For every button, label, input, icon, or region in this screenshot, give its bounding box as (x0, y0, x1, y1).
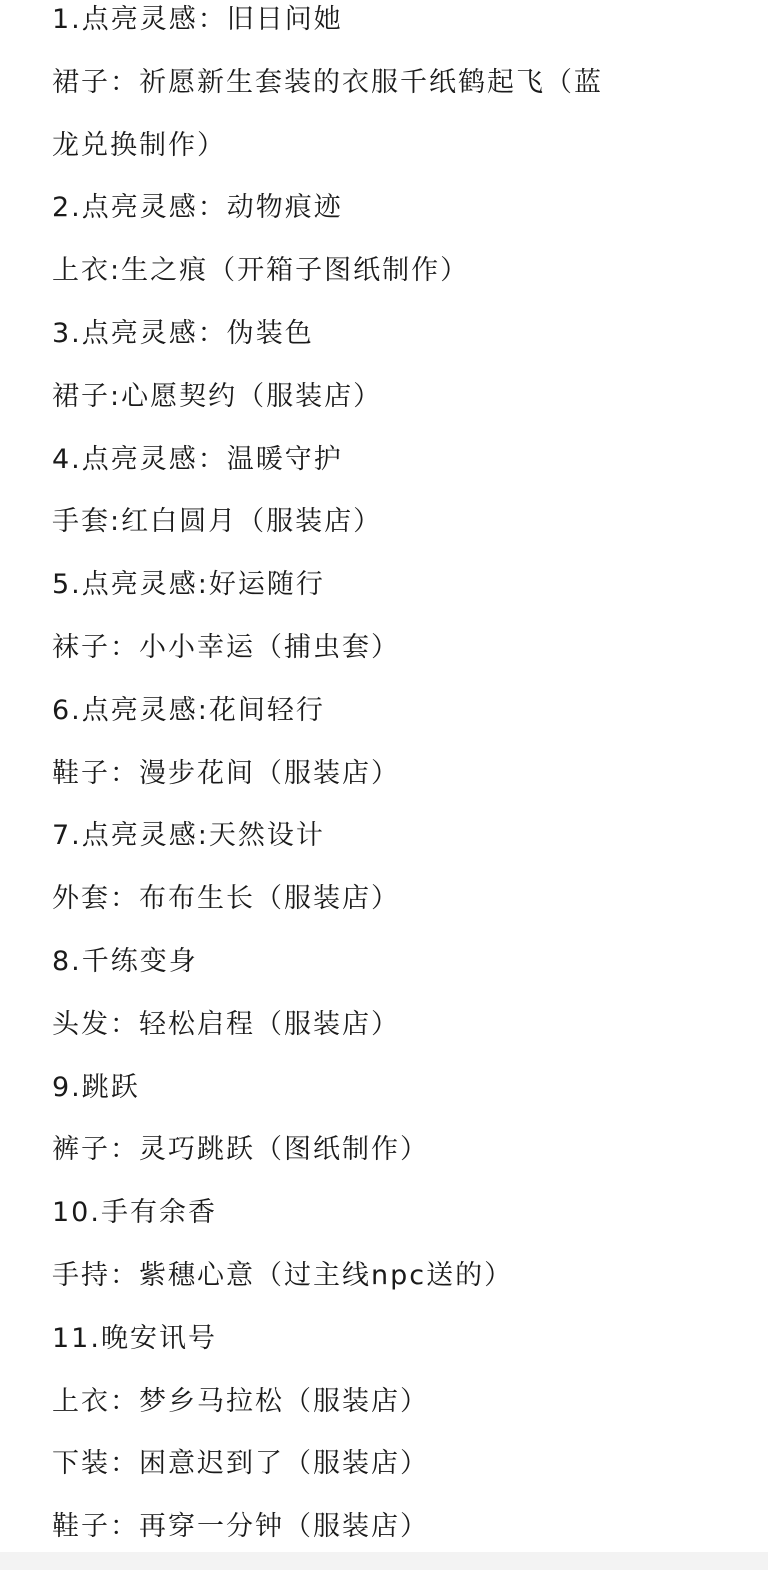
item-1-clothing-cont: 龙兑换制作） (52, 115, 752, 178)
item-3-clothing: 裙子:心愿契约（服装店） (52, 366, 752, 429)
heading-item-7: 7.点亮灵感:天然设计 (52, 805, 752, 868)
heading-item-1: 1.点亮灵感：旧日问她 (52, 0, 752, 52)
item-11-bottom: 下装：困意迟到了（服装店） (52, 1433, 752, 1496)
item-8-clothing: 头发：轻松启程（服装店） (52, 994, 752, 1057)
item-11-shoes: 鞋子：再穿一分钟（服装店） (52, 1496, 752, 1559)
handwritten-note: 1.点亮灵感：旧日问她 裙子：祈愿新生套装的衣服千纸鹤起飞（蓝 龙兑换制作） 2… (52, 0, 752, 1559)
item-10-clothing: 手持：紫穗心意（过主线npc送的） (52, 1245, 752, 1308)
heading-item-4: 4.点亮灵感：温暖守护 (52, 429, 752, 492)
item-1-clothing: 裙子：祈愿新生套装的衣服千纸鹤起飞（蓝 (52, 52, 752, 115)
item-7-clothing: 外套：布布生长（服装店） (52, 868, 752, 931)
bottom-strip (0, 1552, 768, 1570)
item-9-clothing: 裤子：灵巧跳跃（图纸制作） (52, 1119, 752, 1182)
heading-item-9: 9.跳跃 (52, 1057, 752, 1120)
item-11-top: 上衣：梦乡马拉松（服装店） (52, 1371, 752, 1434)
heading-item-5: 5.点亮灵感:好运随行 (52, 554, 752, 617)
item-4-clothing: 手套:红白圆月（服装店） (52, 491, 752, 554)
item-2-clothing: 上衣:生之痕（开箱子图纸制作） (52, 240, 752, 303)
heading-item-11: 11.晚安讯号 (52, 1308, 752, 1371)
heading-item-10: 10.手有余香 (52, 1182, 752, 1245)
heading-item-8: 8.千练变身 (52, 931, 752, 994)
heading-item-6: 6.点亮灵感:花间轻行 (52, 680, 752, 743)
item-6-clothing: 鞋子：漫步花间（服装店） (52, 743, 752, 806)
heading-item-3: 3.点亮灵感：伪装色 (52, 303, 752, 366)
item-5-clothing: 袜子：小小幸运（捕虫套） (52, 617, 752, 680)
heading-item-2: 2.点亮灵感：动物痕迹 (52, 177, 752, 240)
